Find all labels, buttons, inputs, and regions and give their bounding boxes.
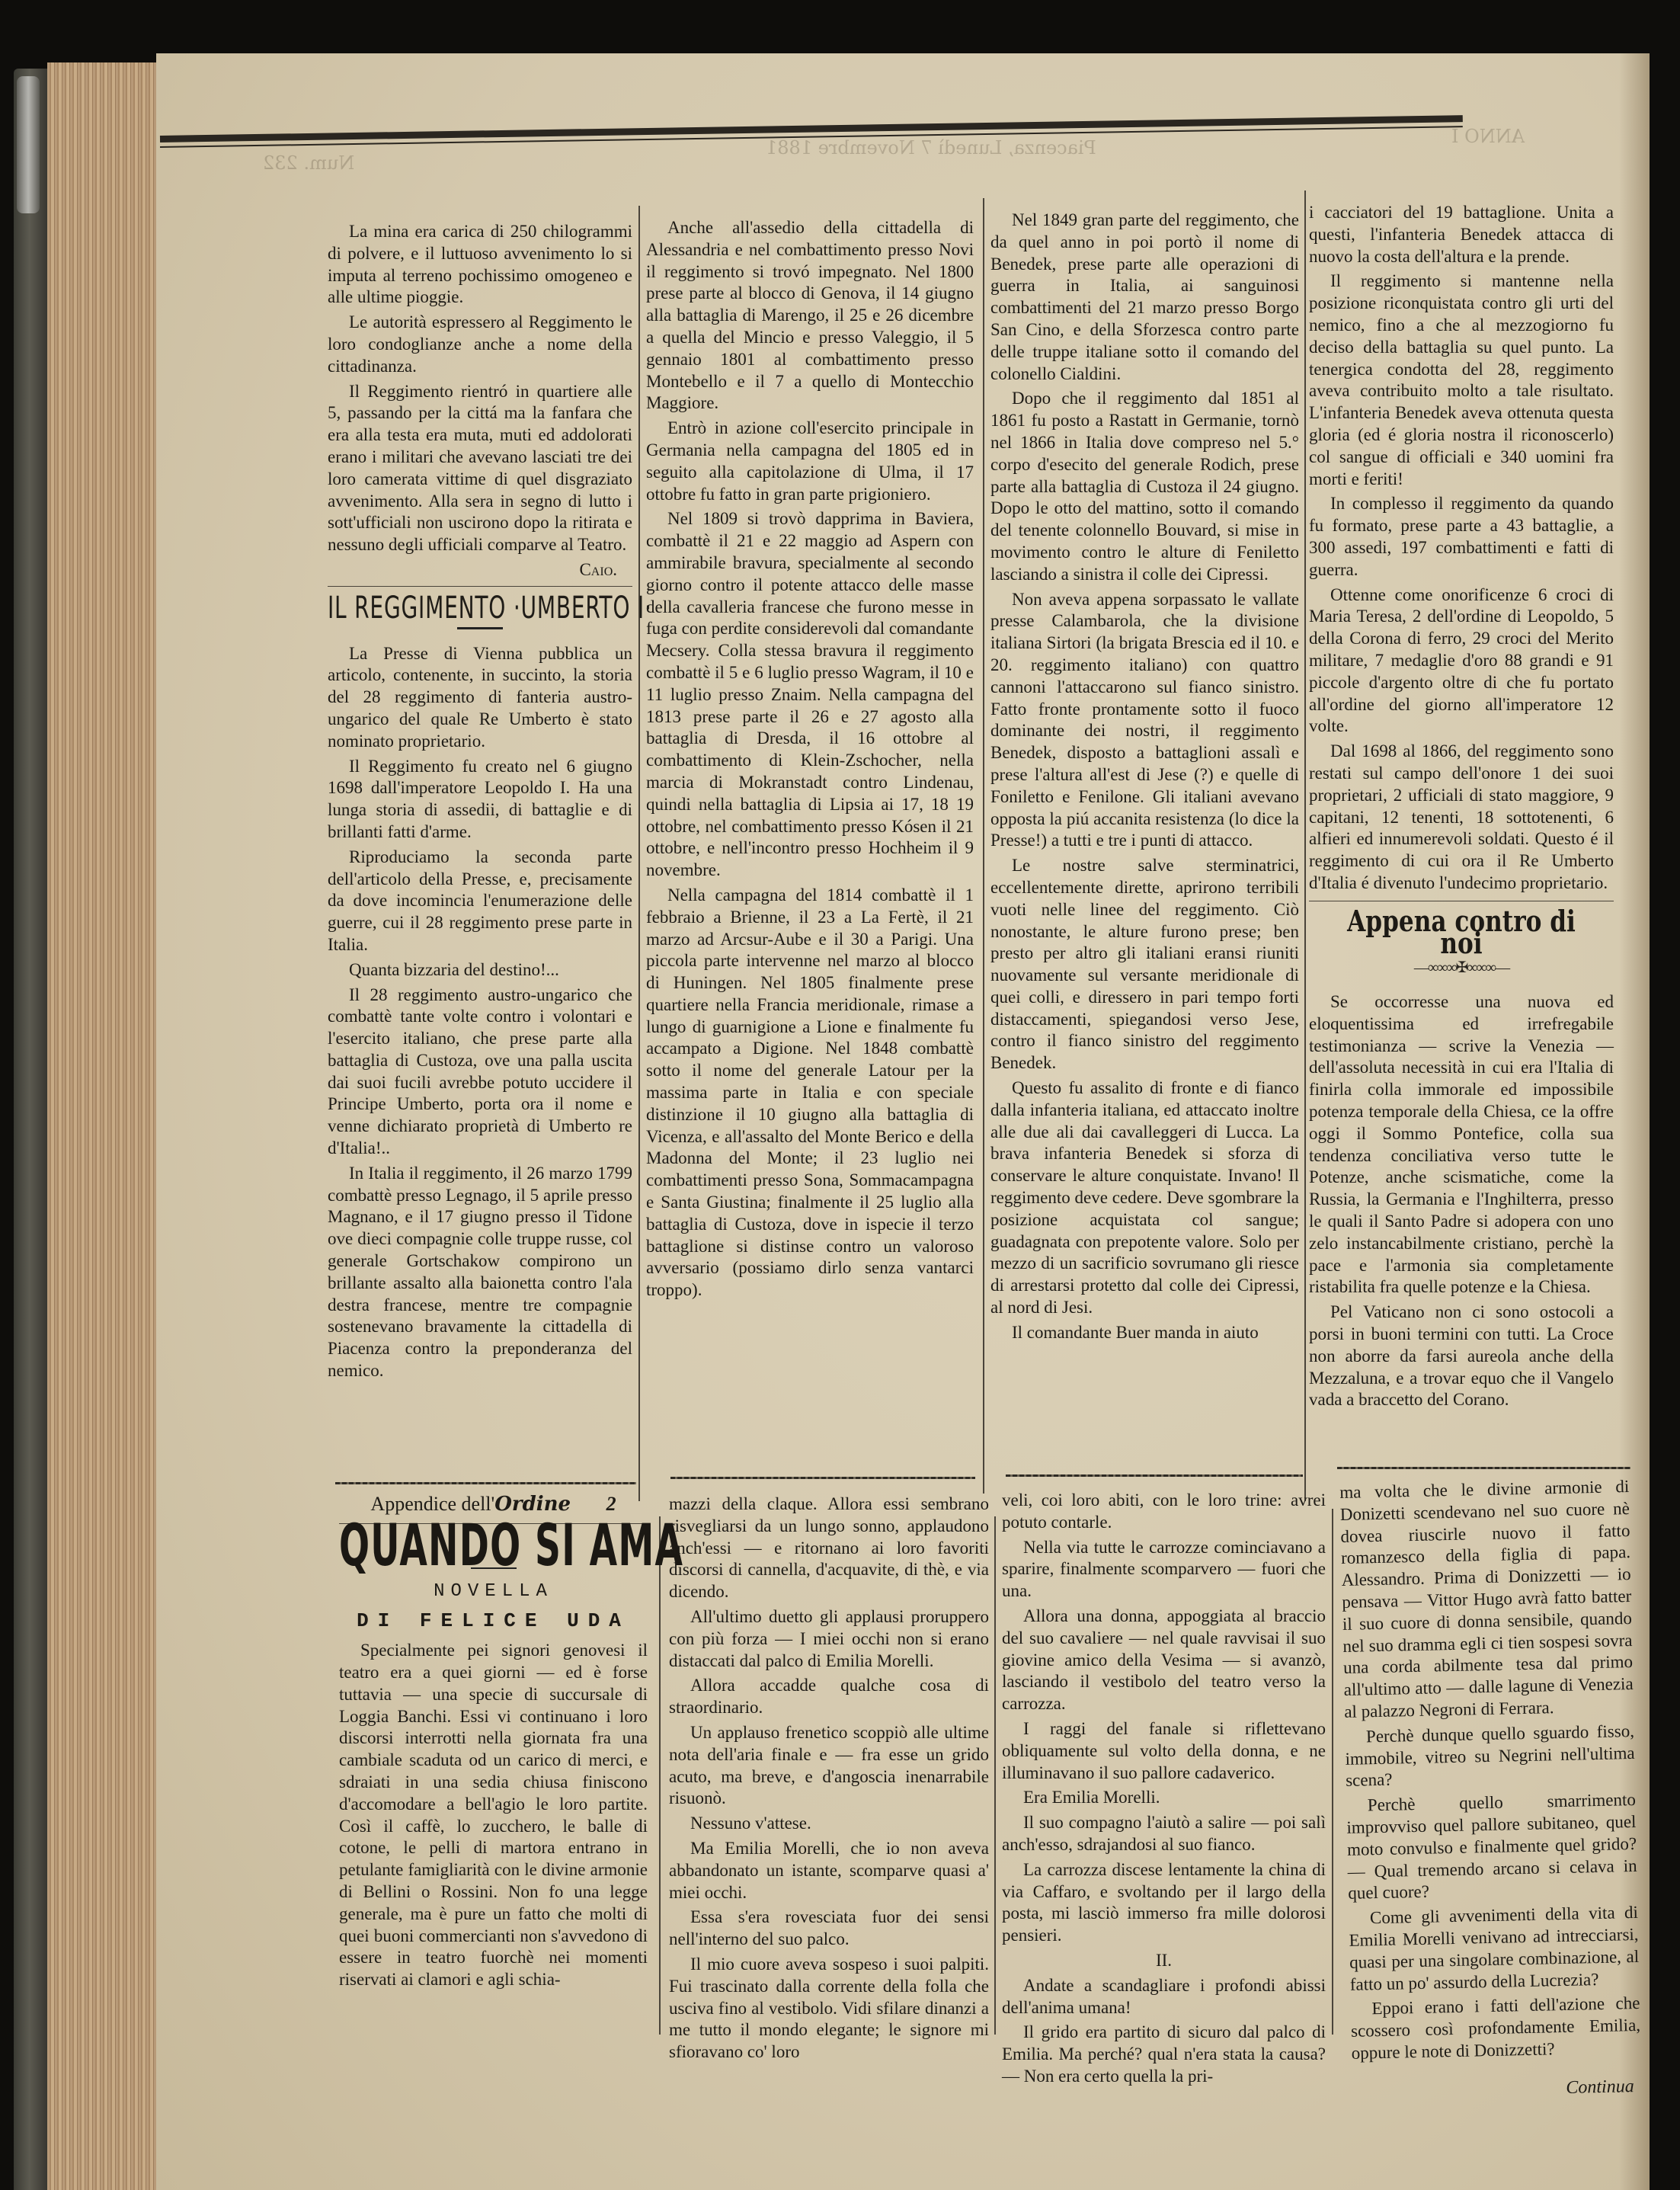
paragraph: Ma Emilia Morelli, che io non aveva abba… bbox=[669, 1838, 989, 1903]
column-2: Anche all'assedio della cittadella di Al… bbox=[646, 217, 974, 1305]
article-headline: Appena contro di noi bbox=[1336, 911, 1586, 955]
paragraph: mazzi della claque. Allora essi sembrano… bbox=[669, 1494, 989, 1603]
column-divider bbox=[638, 206, 640, 1501]
appendix-column-4: ma volta che le divine armonie di Donize… bbox=[1339, 1476, 1642, 2103]
paragraph: Andate a scandagliare i profondi abissi … bbox=[1002, 1975, 1326, 2019]
paragraph: Nel 1809 si trovò dapprima in Baviera, c… bbox=[646, 508, 974, 882]
paragraph: Essa s'era rovesciata fuor dei sensi nel… bbox=[669, 1907, 989, 1951]
paragraph: Il 28 reggimento austro-ungarico che com… bbox=[328, 985, 632, 1160]
paragraph: Anche all'assedio della cittadella di Al… bbox=[646, 217, 974, 415]
appendix-rule bbox=[335, 1482, 636, 1484]
column-divider bbox=[983, 198, 984, 1494]
paragraph: Questo fu assalito di fronte e di fianco… bbox=[990, 1077, 1299, 1319]
paragraph: ma volta che le divine armonie di Donize… bbox=[1339, 1476, 1634, 1724]
paragraph: La mina era carica di 250 chilogrammi di… bbox=[328, 221, 632, 309]
appendix-rule bbox=[1337, 1467, 1630, 1469]
paragraph: Allora accadde qualche cosa di straordin… bbox=[669, 1675, 989, 1719]
paragraph: In Italia il reggimento, il 26 marzo 179… bbox=[328, 1163, 632, 1382]
page-edges bbox=[47, 62, 162, 2190]
appendix-column-3: veli, coi loro abiti, con le loro trine:… bbox=[1002, 1490, 1326, 2091]
paragraph: Nella via tutte le carrozze cominciavano… bbox=[1002, 1537, 1326, 1602]
paragraph: Il comandante Buer manda in aiuto bbox=[990, 1322, 1299, 1344]
ghost-year: ANNO I bbox=[1451, 126, 1525, 147]
column-divider bbox=[1332, 1509, 1333, 2035]
serial-author: DI FELICE UDA bbox=[339, 1610, 648, 1632]
paragraph: Entrò in azione coll'esercito principale… bbox=[646, 418, 974, 505]
paragraph: Le autorità espressero al Reggimento le … bbox=[328, 312, 632, 377]
paragraph: La carrozza discese lentamente la china … bbox=[1002, 1859, 1326, 1947]
section-rule bbox=[328, 586, 632, 587]
serial-title: QUANDO SI AMA bbox=[339, 1535, 530, 1557]
column-1: La mina era carica di 250 chilogrammi di… bbox=[328, 221, 632, 1385]
appendix-rule bbox=[670, 1477, 975, 1479]
column-divider bbox=[659, 1516, 661, 2035]
paragraph: Il Reggimento fu creato nel 6 giugno 169… bbox=[328, 756, 632, 844]
paragraph: Se occorresse una nuova ed eloquentissim… bbox=[1309, 991, 1614, 1298]
paragraph: Ottenne come onorificenze 6 croci di Mar… bbox=[1309, 584, 1614, 738]
paragraph: Dal 1698 al 1866, del reggimento sono re… bbox=[1309, 741, 1614, 895]
column-divider bbox=[994, 1516, 996, 2035]
paragraph: All'ultimo duetto gli applausi prorupper… bbox=[669, 1606, 989, 1672]
headline-dash bbox=[457, 627, 503, 629]
paragraph: Perchè quello smarrimento improvviso que… bbox=[1346, 1789, 1638, 1905]
section-rule bbox=[1309, 901, 1614, 901]
column-divider bbox=[1304, 191, 1306, 1501]
paragraph: In complesso il reggimento da quando fu … bbox=[1309, 493, 1614, 581]
ghost-issue-number: Num. 232 bbox=[263, 152, 354, 174]
paragraph: Quanta bizzaria del destino!... bbox=[328, 959, 632, 981]
paragraph: Era Emilia Morelli. bbox=[1002, 1787, 1326, 1809]
serial-subtitle: NOVELLA bbox=[339, 1581, 648, 1603]
paragraph: veli, coi loro abiti, con le loro trine:… bbox=[1002, 1490, 1326, 1534]
paragraph: Eppoi erano i fatti dell'azione che scos… bbox=[1350, 1993, 1641, 2064]
appendix-column-1: Appendice dell'Ordine 2 QUANDO SI AMA NO… bbox=[339, 1494, 648, 1994]
paragraph: Non aveva appena sorpassato le vallate p… bbox=[990, 589, 1299, 853]
signature: Caio. bbox=[328, 559, 632, 581]
paragraph: Nessuno v'attese. bbox=[669, 1813, 989, 1835]
paragraph: Specialmente pei signori genovesi il tea… bbox=[339, 1640, 648, 1991]
paragraph: Il Reggimento rientró in quartiere alle … bbox=[328, 381, 632, 556]
paragraph: Un applauso frenetico scoppiò alle ultim… bbox=[669, 1722, 989, 1810]
column-3: Nel 1849 gran parte del reggimento, che … bbox=[990, 210, 1299, 1347]
ornament-divider: —∞∞∞✠∞∞∞— bbox=[1309, 957, 1614, 979]
paragraph: Pel Vaticano non ci sono ostocoli a pors… bbox=[1309, 1302, 1614, 1411]
paragraph: Le nostre salve sterminatrici, eccellent… bbox=[990, 855, 1299, 1074]
paragraph: Allora una donna, appoggiata al braccio … bbox=[1002, 1606, 1326, 1715]
paragraph: i cacciatori del 19 battaglione. Unita a… bbox=[1309, 202, 1614, 267]
paragraph: Riproduciamo la seconda parte dell'artic… bbox=[328, 847, 632, 956]
paragraph: Il suo compagno l'aiutò a salire — poi s… bbox=[1002, 1812, 1326, 1856]
ghost-dateline: Piacenza, Lunedì 7 Novembre 1881 bbox=[766, 137, 1096, 158]
paragraph: Come gli avvenimenti della vita di Emili… bbox=[1349, 1902, 1640, 1996]
paragraph: Il reggimento si mantenne nella posizion… bbox=[1309, 271, 1614, 490]
paragraph: La Presse di Vienna pubblica un articolo… bbox=[328, 643, 632, 753]
paragraph: Perchè dunque quello sguardo fisso, immo… bbox=[1345, 1721, 1636, 1792]
appendix-rule bbox=[1006, 1474, 1303, 1477]
article-headline: IL REGGIMENTO ·UMBERTO I· bbox=[328, 597, 565, 620]
section-number: II. bbox=[1002, 1950, 1326, 1972]
paragraph: Dopo che il reggimento dal 1851 al 1861 … bbox=[990, 388, 1299, 585]
paragraph: Il grido era partito di sicuro dal palco… bbox=[1002, 2022, 1326, 2087]
paragraph: Nella campagna del 1814 combattè il 1 fe… bbox=[646, 885, 974, 1302]
column-4: i cacciatori del 19 battaglione. Unita a… bbox=[1309, 202, 1614, 1414]
paragraph: Nel 1849 gran parte del reggimento, che … bbox=[990, 210, 1299, 385]
appendix-column-2: mazzi della claque. Allora essi sembrano… bbox=[669, 1494, 989, 2067]
cover-reflection bbox=[17, 76, 40, 213]
paragraph: Il mio cuore aveva sospeso i suoi palpit… bbox=[669, 1954, 989, 2064]
paragraph: I raggi del fanale si riflettevano obliq… bbox=[1002, 1718, 1326, 1784]
